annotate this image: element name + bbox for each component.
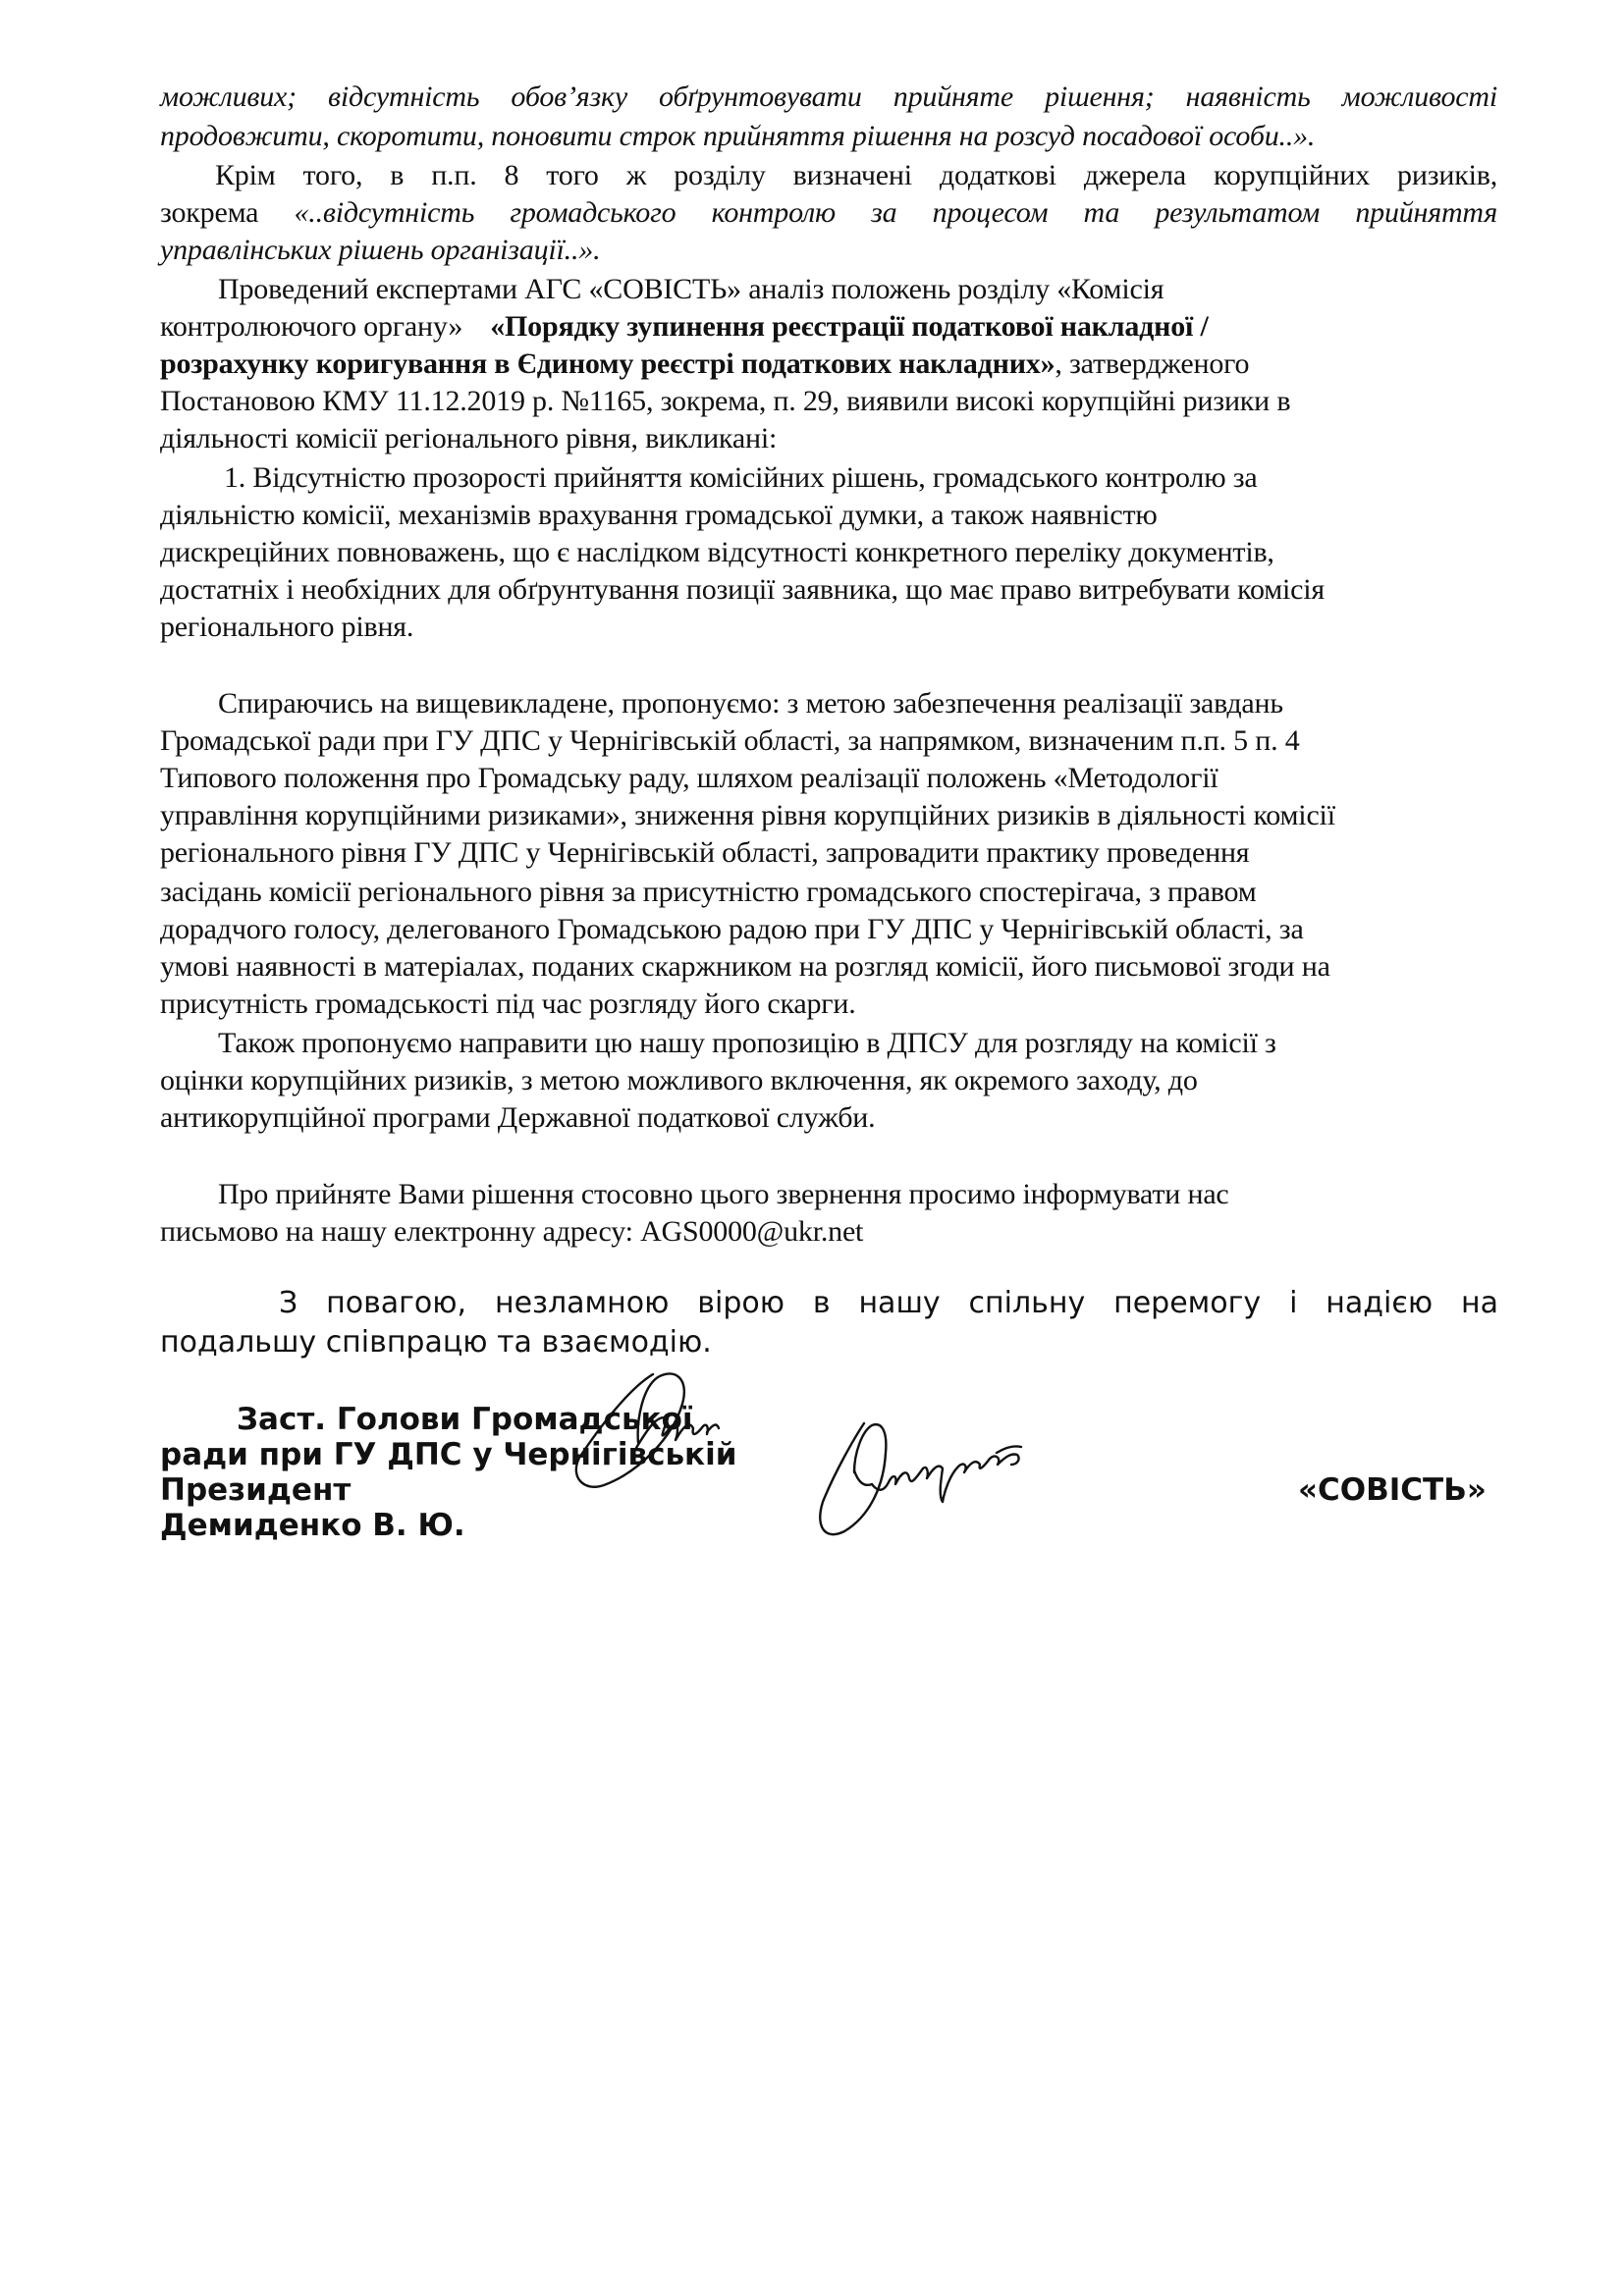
paragraph-line: Крім того, в п.п. 8 того ж розділу визна… — [215, 159, 1497, 191]
paragraph-line: Проведений експертами АГС «СОВІСТЬ» анал… — [218, 273, 1164, 305]
paragraph-line: діяльності комісії регіонального рівня, … — [160, 422, 777, 454]
quote-line: можливих; відсутність обов’язку обґрунто… — [160, 80, 1497, 113]
list-item-line: діяльністю комісії, механізмів врахуванн… — [160, 499, 1158, 531]
handwritten-signature-2 — [795, 1394, 1060, 1556]
closing-line: З повагою, незламною вірою в нашу спільн… — [279, 1286, 1498, 1321]
paragraph-line: розрахунку коригування в Єдиному реєстрі… — [160, 347, 1249, 380]
paragraph-line: засідань комісії регіонального рівня за … — [160, 876, 1257, 908]
regulation-title: розрахунку коригування в Єдиному реєстрі… — [160, 347, 1055, 380]
paragraph-line: Громадської ради при ГУ ДПС у Чернігівсь… — [160, 724, 1300, 757]
paragraph-line: Про прийняте Вами рішення стосовно цього… — [218, 1178, 1229, 1210]
document-page: можливих; відсутність обов’язку обґрунто… — [0, 0, 1624, 2296]
organization-name: «СОВІСТЬ» — [1298, 1472, 1487, 1508]
quote-segment: «..відсутність громадського контролю за … — [294, 196, 1497, 229]
signer-title-line: Президент — [160, 1472, 351, 1508]
paragraph-line: Спираючись на вищевикладене, пропонуємо:… — [218, 687, 1283, 720]
paragraph-line: дорадчого голосу, делегованого Громадськ… — [160, 913, 1304, 945]
paragraph-line: управління корупційними ризиками», зниже… — [160, 799, 1335, 831]
quote-line: продовжити, скоротити, поновити строк пр… — [160, 120, 1315, 152]
paragraph-line: антикорупційної програми Державної подат… — [160, 1101, 875, 1134]
paragraph-line: Постановою КМУ 11.12.2019 р. №1165, зокр… — [160, 385, 1290, 417]
signer-name: Демиденко В. Ю. — [160, 1508, 465, 1543]
list-item-line: достатніх і необхідних для обґрунтування… — [160, 573, 1325, 606]
paragraph-line: контролюючого органу»«Порядку зупинення … — [160, 310, 1209, 343]
text-segment: , затвердженого — [1055, 347, 1249, 380]
paragraph-line: умові наявності в матеріалах, поданих ск… — [160, 950, 1330, 983]
regulation-title: «Порядку зупинення реєстрації податкової… — [490, 310, 1208, 343]
text-segment: зокрема — [160, 196, 294, 229]
list-item-line: дискреційних повноважень, що є наслідком… — [160, 536, 1274, 568]
quote-line: управлінських рішень організації..». — [160, 234, 600, 266]
email-address[interactable]: AGS0000@ukr.net — [640, 1215, 863, 1248]
paragraph-line: зокрема «..відсутність громадського конт… — [160, 196, 1497, 229]
paragraph-line: регіонального рівня ГУ ДПС у Чернігівськ… — [160, 836, 1249, 869]
paragraph-line: присутність громадськості під час розгля… — [160, 988, 856, 1020]
paragraph-line: оцінки корупційних ризиків, з метою можл… — [160, 1064, 1198, 1096]
paragraph-line: Також пропонуємо направити цю нашу пропо… — [218, 1027, 1276, 1059]
text-segment: письмово на нашу електронну адресу: — [160, 1215, 640, 1248]
handwritten-signature-1 — [560, 1360, 785, 1497]
list-item-line: 1. Відсутністю прозорості прийняття комі… — [224, 461, 1257, 494]
paragraph-line: Типового положення про Громадську раду, … — [160, 762, 1218, 794]
list-item-line: регіонального рівня. — [160, 611, 413, 643]
paragraph-line: письмово на нашу електронну адресу: AGS0… — [160, 1215, 863, 1248]
closing-line: подальшу співпрацю та взаємодію. — [160, 1325, 712, 1361]
text-segment: контролюючого органу» — [160, 310, 462, 343]
